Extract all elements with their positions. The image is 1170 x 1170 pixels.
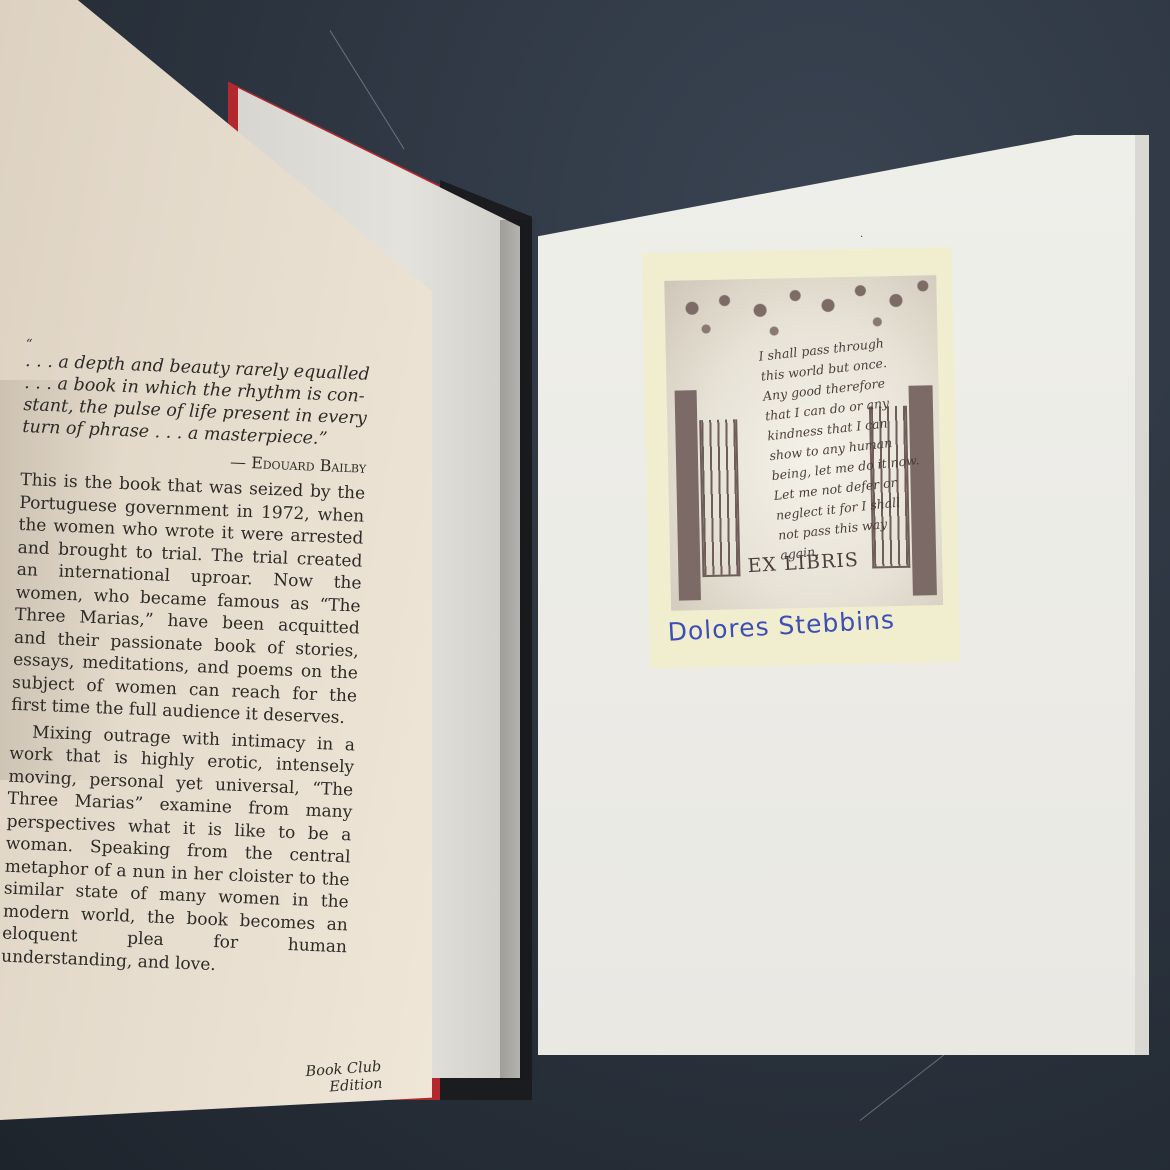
edition-label: Book Club Edition — [291, 1059, 383, 1099]
paper-speck: · — [860, 232, 863, 243]
iron-gate-left — [699, 419, 740, 577]
table-scratch — [330, 30, 405, 149]
ex-libris-bookplate: I shall pass through this world but once… — [642, 247, 961, 668]
blurb-paragraph-1: This is the book that was seized by the … — [11, 469, 366, 730]
flap-blurb: “ . . . a depth and beauty rarely equall… — [1, 340, 371, 981]
page-edge — [1135, 135, 1149, 1055]
gutter-shadow — [500, 220, 540, 1080]
review-quote: “ . . . a depth and beauty rarely equall… — [22, 340, 371, 452]
bookplate-verse: I shall pass through this world but once… — [758, 331, 931, 566]
blurb-paragraph-2: Mixing outrage with intimacy in a work t… — [1, 720, 356, 981]
